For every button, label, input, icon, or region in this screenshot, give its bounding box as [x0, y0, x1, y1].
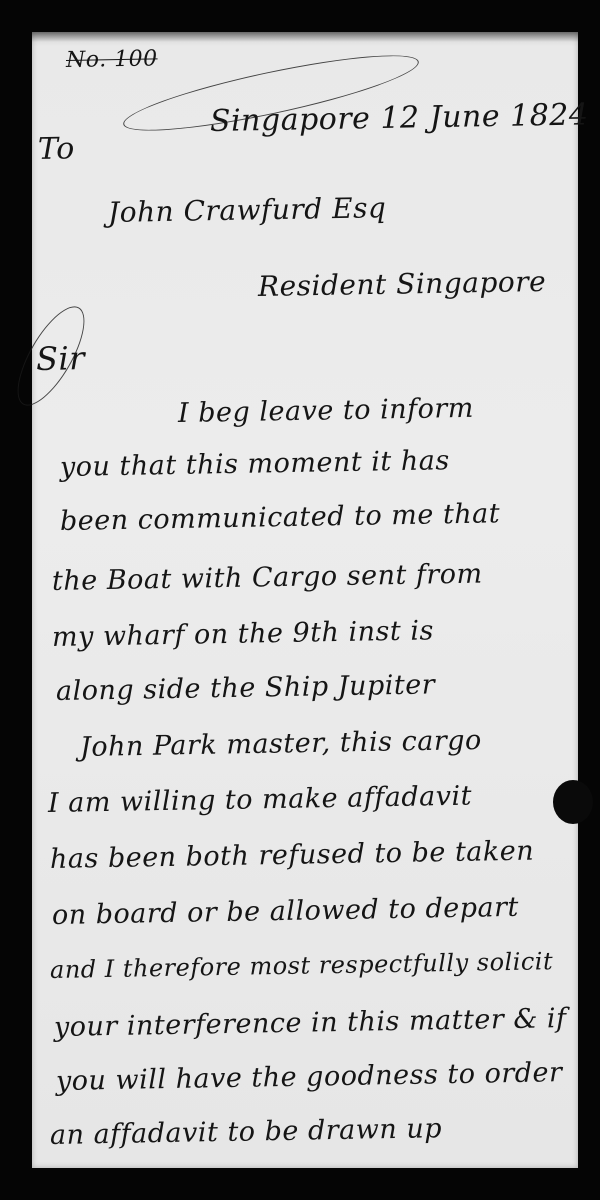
addressee-title: Resident Singapore	[258, 265, 547, 303]
body-line: along side the Ship Jupiter	[56, 669, 436, 707]
dateline: Singapore 12 June 1824	[210, 97, 589, 139]
body-line: I beg leave to inform	[178, 393, 474, 429]
salutation: Sir	[36, 339, 86, 378]
binding-hole	[553, 780, 593, 824]
reference-number: No. 100	[66, 46, 158, 73]
addressee-name: John Crawfurd Esq	[108, 191, 387, 229]
to-marker: To	[38, 131, 75, 167]
